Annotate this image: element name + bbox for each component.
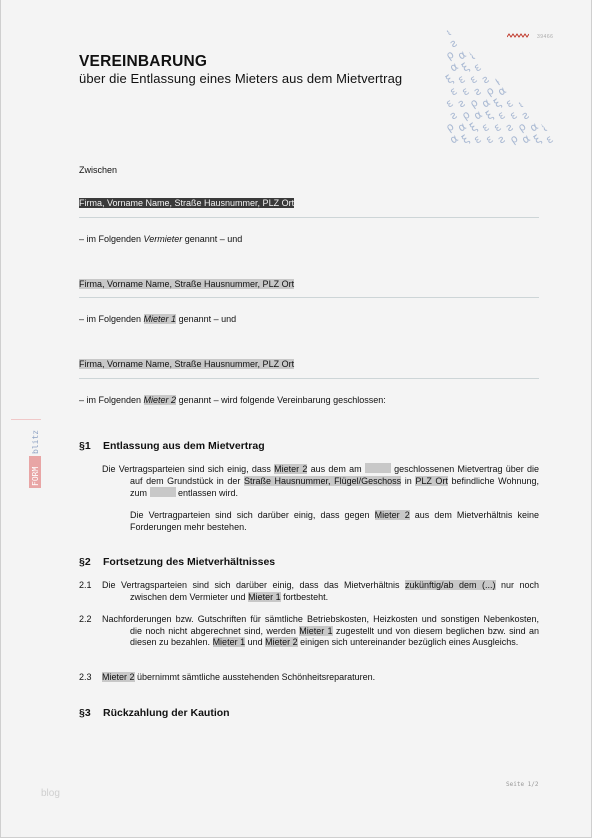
- field-tenant2[interactable]: Mieter 2: [265, 637, 298, 647]
- svg-text:ε: ε: [491, 48, 503, 62]
- section-1-paragraph-2: Die Vertragparteien sind sich darüber ei…: [130, 510, 539, 533]
- svg-text:ρ: ρ: [491, 72, 504, 87]
- party-placeholder[interactable]: Firma, Vorname Name, Straße Hausnummer, …: [79, 279, 294, 289]
- section-2-heading: §2Fortsetzung des Mietverhältnisses: [79, 556, 275, 568]
- section-3-heading: §3Rückzahlung der Kaution: [79, 707, 230, 719]
- svg-text:ƨ: ƨ: [455, 28, 467, 38]
- clause-2-1: 2.1 Die Vertragsparteien sind sich darüb…: [79, 580, 539, 603]
- svg-text:ξ: ξ: [491, 28, 503, 38]
- svg-text:ε: ε: [459, 84, 471, 98]
- field-tenant2[interactable]: Mieter 2: [375, 510, 410, 520]
- svg-text:ƨ: ƨ: [527, 96, 539, 110]
- svg-text:ξ: ξ: [555, 108, 563, 122]
- section-1-paragraph-1: Die Vertragsparteien sind sich einig, da…: [102, 463, 539, 500]
- svg-text:α: α: [551, 96, 563, 111]
- svg-text:α: α: [543, 108, 556, 123]
- svg-text:ξ: ξ: [483, 36, 495, 50]
- svg-text:ε: ε: [543, 60, 555, 74]
- field-release-date[interactable]: [150, 487, 176, 497]
- svg-text:α: α: [479, 28, 492, 38]
- document-subtitle: über die Entlassung eines Mieters aus de…: [79, 71, 402, 86]
- svg-text:ε: ε: [551, 120, 563, 134]
- svg-text:ρ: ρ: [515, 48, 528, 63]
- svg-text:ε: ε: [483, 60, 495, 74]
- tenant2-role-line: – im Folgenden Mieter 2 genannt – wird f…: [79, 395, 386, 407]
- svg-text:ξ: ξ: [531, 132, 543, 146]
- svg-text:ξ: ξ: [459, 132, 471, 146]
- clause-2-2: 2.2 Nachforderungen bzw. Gutschriften fü…: [79, 614, 539, 649]
- svg-text:ξ: ξ: [507, 84, 519, 98]
- section-1-heading: §1Entlassung aus dem Mietvertrag: [79, 440, 265, 452]
- brand-pattern-icon: εƨραξεεƨραƨραξεεƨραξραξεεƨραξεαξεεƨραξεε…: [445, 28, 563, 146]
- svg-text:ε: ε: [507, 108, 519, 122]
- svg-text:ε: ε: [471, 132, 483, 146]
- svg-text:ε: ε: [531, 84, 543, 98]
- between-label: Zwischen: [79, 165, 117, 177]
- field-date[interactable]: zukünftig/ab dem (...): [405, 580, 496, 590]
- svg-text:ƨ: ƨ: [543, 84, 555, 98]
- divider: [79, 297, 539, 298]
- formblitz-logo-icon: FORM blitz: [29, 420, 41, 488]
- svg-text:ξ: ξ: [531, 60, 543, 74]
- svg-text:ƨ: ƨ: [495, 132, 507, 146]
- svg-text:α: α: [503, 72, 516, 87]
- landlord-party-field[interactable]: Firma, Vorname Name, Straße Hausnummer, …: [79, 198, 294, 210]
- clause-number: 2.1: [79, 580, 92, 592]
- role-tenant2[interactable]: Mieter 2: [144, 395, 177, 405]
- svg-text:ε: ε: [555, 132, 563, 146]
- clause-number: 2.2: [79, 614, 92, 626]
- clause-number: 2.3: [79, 672, 92, 684]
- svg-text:ε: ε: [495, 36, 507, 50]
- svg-text:ε: ε: [543, 132, 555, 146]
- svg-text:ε: ε: [495, 108, 507, 122]
- tenant2-party-field[interactable]: Firma, Vorname Name, Straße Hausnummer, …: [79, 359, 294, 371]
- svg-text:ρ: ρ: [507, 60, 520, 75]
- role-landlord: Vermieter: [144, 234, 183, 244]
- svg-text:ƨ: ƨ: [495, 60, 507, 74]
- svg-text:α: α: [447, 132, 460, 146]
- party-placeholder[interactable]: Firma, Vorname Name, Straße Hausnummer, …: [79, 359, 294, 369]
- landlord-role-line: – im Folgenden Vermieter genannt – und: [79, 234, 242, 246]
- page-indicator: Seite 1/2: [506, 781, 539, 788]
- svg-text:ξ: ξ: [555, 36, 563, 50]
- svg-text:ƨ: ƨ: [503, 48, 515, 62]
- divider: [79, 217, 539, 218]
- svg-text:ρ: ρ: [467, 28, 480, 38]
- svg-text:α: α: [519, 132, 532, 146]
- svg-text:α: α: [471, 36, 484, 51]
- field-tenant2[interactable]: Mieter 2: [274, 464, 307, 474]
- svg-text:α: α: [527, 48, 540, 63]
- tenant1-role-line: – im Folgenden Mieter 1 genannt – und: [79, 314, 236, 326]
- svg-text:ρ: ρ: [507, 132, 520, 146]
- svg-text:blitz: blitz: [31, 430, 40, 454]
- svg-text:ƨ: ƨ: [551, 72, 563, 86]
- svg-text:α: α: [519, 60, 532, 75]
- svg-text:ε: ε: [483, 132, 495, 146]
- svg-text:FORM: FORM: [31, 467, 40, 486]
- party-placeholder[interactable]: Firma, Vorname Name, Straße Hausnummer, …: [79, 198, 294, 208]
- field-city[interactable]: PLZ Ort: [415, 476, 448, 486]
- role-tenant1[interactable]: Mieter 1: [144, 314, 177, 324]
- watermark-text: blog: [41, 788, 60, 799]
- tenant1-party-field[interactable]: Firma, Vorname Name, Straße Hausnummer, …: [79, 279, 294, 291]
- svg-text:ε: ε: [471, 60, 483, 74]
- field-tenant1[interactable]: Mieter 1: [299, 626, 332, 636]
- brand-mark-icon: [507, 33, 529, 41]
- svg-text:ε: ε: [519, 84, 531, 98]
- field-tenant1[interactable]: Mieter 1: [213, 637, 246, 647]
- svg-text:ρ: ρ: [539, 96, 552, 111]
- svg-text:ξ: ξ: [515, 72, 527, 86]
- document-title: VEREINBARUNG: [79, 53, 207, 71]
- divider: [79, 378, 539, 379]
- svg-text:ε: ε: [479, 48, 491, 62]
- svg-text:ξ: ξ: [459, 60, 471, 74]
- svg-text:ε: ε: [555, 60, 563, 74]
- field-street[interactable]: Straße Hausnummer, Flügel/Geschoss: [244, 476, 401, 486]
- svg-text:ε: ε: [515, 96, 527, 110]
- svg-text:ε: ε: [447, 84, 459, 98]
- svg-text:ε: ε: [527, 72, 539, 86]
- clause-2-3: 2.3 Mieter 2 übernimmt sämtliche aussteh…: [79, 672, 539, 684]
- svg-text:ξ: ξ: [539, 48, 551, 62]
- svg-text:ξ: ξ: [467, 48, 479, 62]
- field-tenant2[interactable]: Mieter 2: [102, 672, 135, 682]
- field-contract-date[interactable]: [365, 463, 391, 473]
- svg-text:ξ: ξ: [539, 120, 551, 134]
- svg-text:ρ: ρ: [555, 84, 563, 99]
- svg-text:ξ: ξ: [483, 108, 495, 122]
- svg-text:ε: ε: [551, 48, 563, 62]
- svg-text:ε: ε: [539, 72, 551, 86]
- form-code: 39466: [537, 34, 553, 40]
- field-tenant1[interactable]: Mieter 1: [248, 592, 281, 602]
